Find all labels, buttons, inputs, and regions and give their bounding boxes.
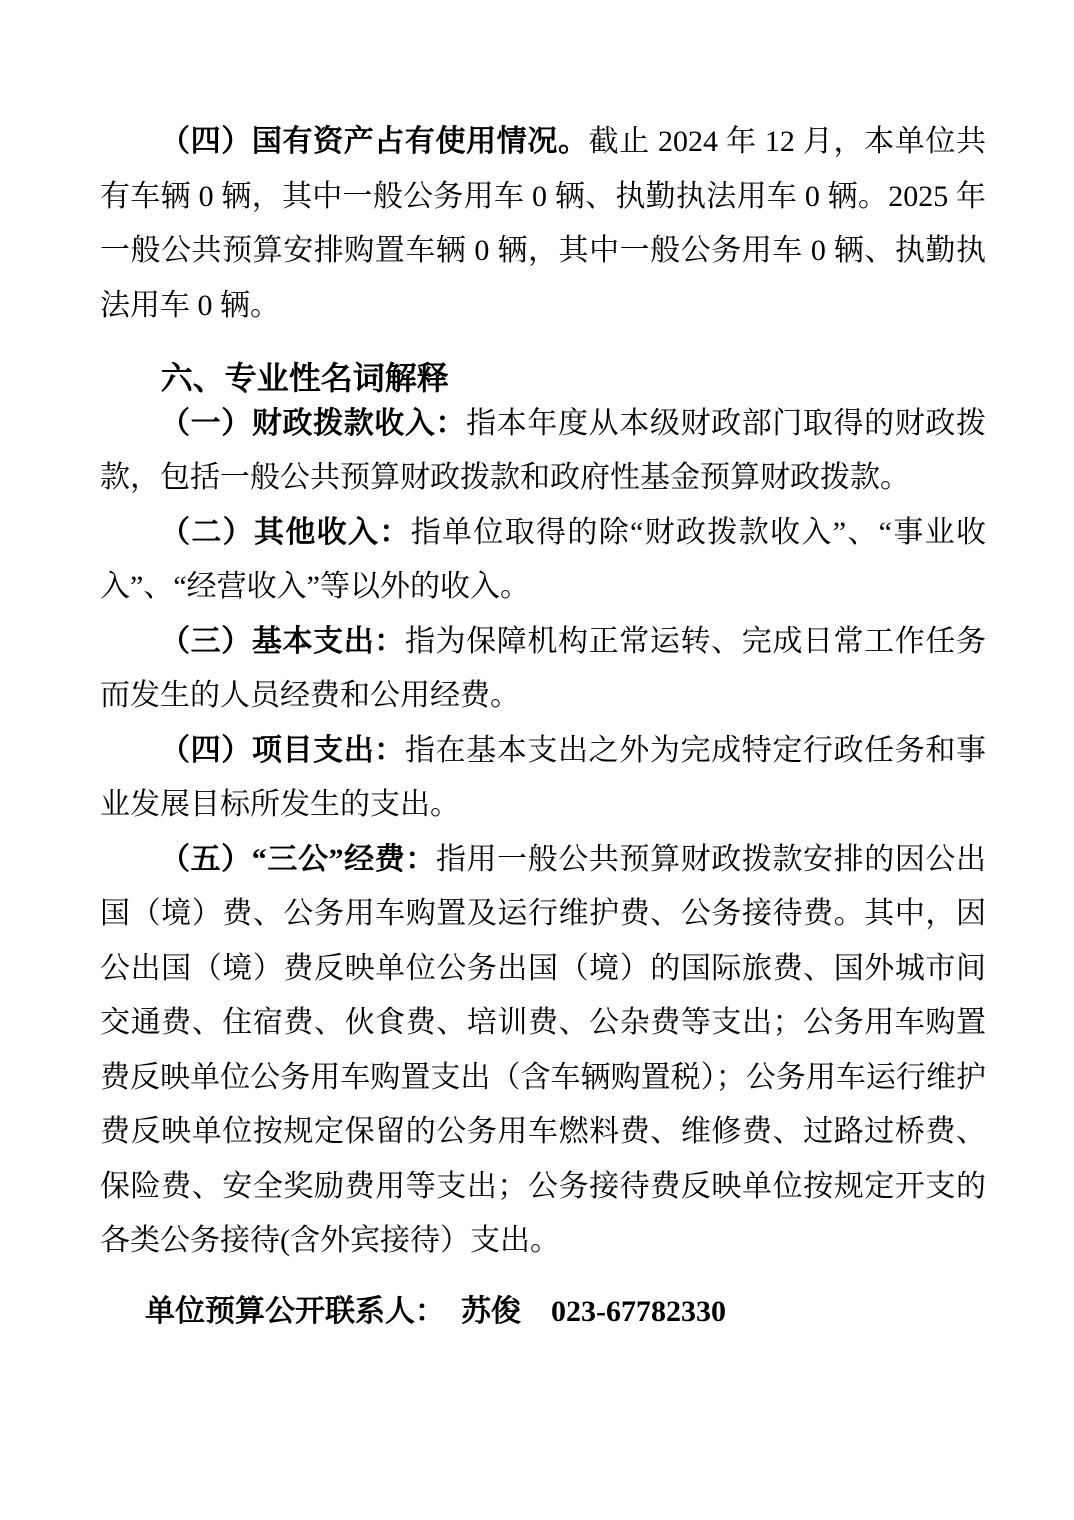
glossary-term-lead: （一）财政拨款收入： [160,407,466,440]
glossary-term-lead: （二）其他收入： [160,516,411,549]
paragraph-state-asset-usage: （四）国有资产占有使用情况。截止 2024 年 12 月，本单位共有车辆 0 辆… [100,115,986,333]
glossary-term-lead: （三）基本支出： [160,625,405,658]
glossary-term-fiscal-appropriation-income: （一）财政拨款收入：指本年度从本级财政部门取得的财政拨款，包括一般公共预算财政拨… [100,397,986,506]
document-content: （四）国有资产占有使用情况。截止 2024 年 12 月，本单位共有车辆 0 辆… [100,115,986,1339]
glossary-term-basic-expenditure: （三）基本支出：指为保障机构正常运转、完成日常工作任务而发生的人员经费和公用经费… [100,615,986,724]
paragraph-state-asset-usage-lead: （四）国有资产占有使用情况。 [160,125,589,158]
glossary-term-lead: （四）项目支出： [160,734,405,767]
glossary-term-three-public-funds: （五）“三公”经费：指用一般公共预算财政拨款安排的因公出国（境）费、公务用车购置… [100,833,986,1269]
budget-contact-phone: 023-67782330 [551,1295,726,1328]
budget-contact-label: 单位预算公开联系人： [145,1295,445,1328]
document-page: （四）国有资产占有使用情况。截止 2024 年 12 月，本单位共有车辆 0 辆… [0,0,1074,1520]
budget-contact-name: 苏俊 [461,1295,521,1328]
glossary-term-other-income: （二）其他收入：指单位取得的除“财政拨款收入”、“事业收入”、“经营收入”等以外… [100,506,986,615]
budget-contact-line: 单位预算公开联系人：苏俊023-67782330 [100,1285,986,1340]
glossary-term-project-expenditure: （四）项目支出：指在基本支出之外为完成特定行政任务和事业发展目标所发生的支出。 [100,724,986,833]
glossary-term-lead: （五）“三公”经费： [160,843,436,876]
glossary-term-text: 指用一般公共预算财政拨款安排的因公出国（境）费、公务用车购置及运行维护费、公务接… [100,843,986,1258]
